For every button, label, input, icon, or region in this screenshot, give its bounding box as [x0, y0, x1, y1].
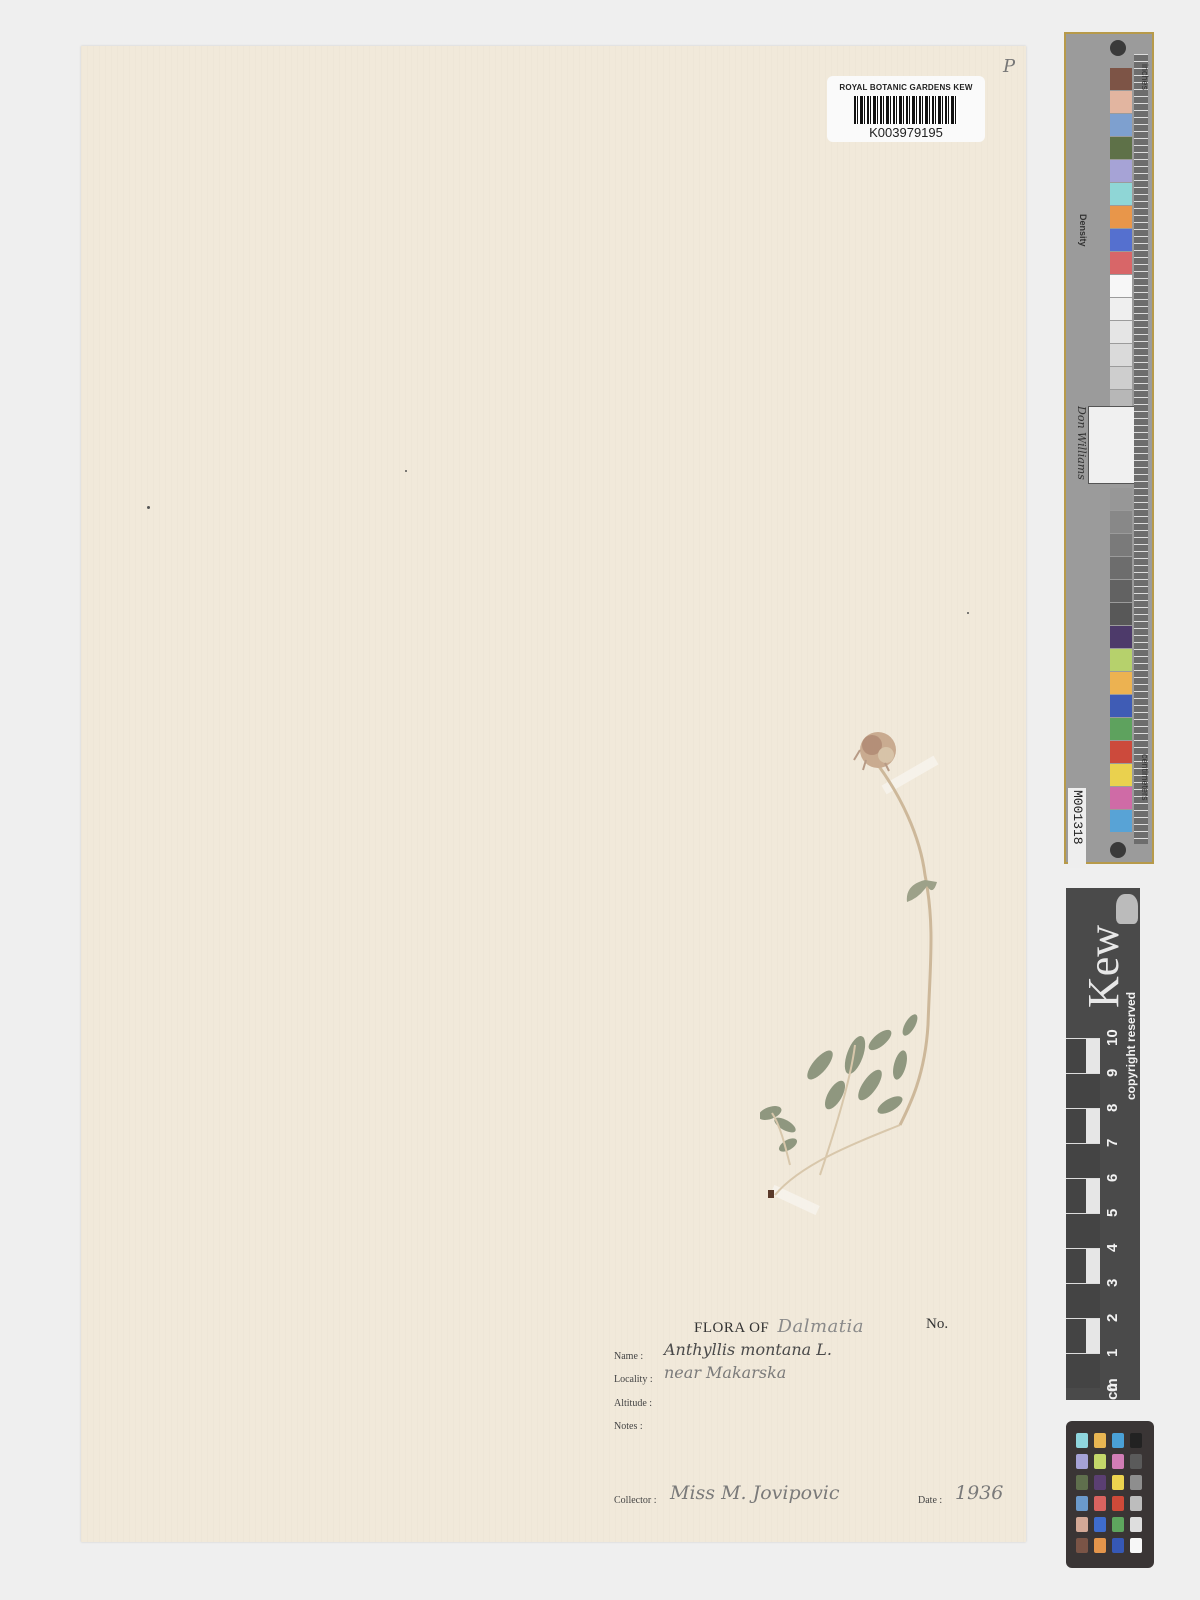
color-swatch — [1110, 741, 1132, 763]
scale-number: 6 — [1104, 1174, 1121, 1182]
scale-segment — [1066, 1143, 1100, 1178]
color-swatch — [1110, 206, 1132, 228]
barcode-icon — [854, 96, 958, 124]
heading-prefix: FLORA OF — [694, 1320, 769, 1336]
collector-field-label: Collector : — [614, 1495, 657, 1506]
scale-number: 1 — [1104, 1349, 1121, 1357]
color-swatch — [1110, 580, 1132, 602]
color-swatch — [1110, 695, 1132, 717]
color-chip — [1112, 1454, 1124, 1469]
scale-segment — [1066, 1073, 1100, 1108]
pressed-plant-specimen — [760, 725, 980, 1235]
label-heading: FLORA OF Dalmatia — [694, 1316, 864, 1337]
scale-number: 3 — [1104, 1279, 1121, 1287]
color-chip — [1094, 1433, 1106, 1448]
color-swatch — [1110, 764, 1132, 786]
color-swatch — [1110, 557, 1132, 579]
copyright-label: copyright reserved — [1124, 992, 1138, 1100]
color-chip — [1112, 1475, 1124, 1490]
scale-segment — [1066, 1318, 1100, 1353]
color-swatch — [1110, 672, 1132, 694]
color-swatch — [1110, 114, 1132, 136]
ruler-scale — [1134, 54, 1148, 844]
specimen-label: FLORA OF Dalmatia No. Name : Anthyllis m… — [610, 1310, 1010, 1530]
kew-crest-icon — [1116, 894, 1138, 924]
color-swatch — [1110, 160, 1132, 182]
color-swatch — [1110, 534, 1132, 556]
color-swatch — [1110, 511, 1132, 533]
scale-number: 8 — [1104, 1104, 1121, 1112]
color-chip — [1076, 1433, 1088, 1448]
scale-number: 4 — [1104, 1244, 1121, 1252]
color-chip — [1130, 1517, 1142, 1532]
institution-name: ROYAL BOTANIC GARDENS KEW — [827, 83, 985, 92]
color-swatch — [1110, 137, 1132, 159]
corner-mark: P — [1003, 56, 1015, 77]
color-swatch — [1110, 68, 1132, 90]
locality-field-value: near Makarska — [664, 1363, 786, 1382]
scale-segment — [1066, 1353, 1100, 1388]
color-swatch — [1110, 275, 1132, 297]
resolution-target — [1088, 406, 1136, 484]
color-swatch — [1110, 488, 1132, 510]
mount-hole — [1110, 842, 1126, 858]
scale-number: 5 — [1104, 1209, 1121, 1217]
inches-label: inches — [1140, 64, 1150, 90]
color-chip — [1094, 1454, 1106, 1469]
color-swatch — [1110, 787, 1132, 809]
barcode-number: K003979195 — [827, 125, 985, 140]
color-chip — [1094, 1517, 1106, 1532]
color-swatch — [1110, 321, 1132, 343]
color-chip — [1094, 1496, 1106, 1511]
date-field-value: 1936 — [955, 1482, 1003, 1504]
mount-hole — [1110, 40, 1126, 56]
color-chip — [1076, 1517, 1088, 1532]
color-chip — [1076, 1475, 1088, 1490]
dust-speck — [405, 470, 407, 472]
kew-scale-bar: Kew 012345678910cm copyright reserved — [1066, 888, 1140, 1400]
dust-speck — [967, 612, 969, 614]
date-field-label: Date : — [918, 1495, 942, 1506]
color-chip — [1130, 1433, 1142, 1448]
notes-field-label: Notes : — [614, 1421, 643, 1432]
number-label: No. — [926, 1316, 948, 1333]
color-chip — [1112, 1496, 1124, 1511]
color-chip — [1094, 1475, 1106, 1490]
collector-field-value: Miss M. Jovipovic — [670, 1482, 840, 1504]
altitude-field-label: Altitude : — [614, 1398, 652, 1409]
color-swatch — [1110, 183, 1132, 205]
barcode-label: ROYAL BOTANIC GARDENS KEW K003979195 — [827, 76, 985, 142]
region-handwritten: Dalmatia — [778, 1316, 864, 1337]
scale-segment — [1066, 1283, 1100, 1318]
flower-head — [854, 732, 896, 771]
color-chip — [1130, 1475, 1142, 1490]
scale-segments — [1066, 1038, 1100, 1400]
color-chip — [1094, 1538, 1106, 1553]
color-chip — [1130, 1538, 1142, 1553]
color-chip — [1076, 1538, 1088, 1553]
kew-logo: Kew — [1078, 925, 1129, 1008]
name-field-label: Name : — [614, 1351, 643, 1362]
dust-speck — [147, 506, 150, 509]
color-chip — [1076, 1496, 1088, 1511]
color-checker-card — [1066, 1421, 1154, 1568]
catalog-number-tag: M001318 — [1068, 788, 1086, 868]
color-swatch — [1110, 344, 1132, 366]
scale-segment — [1066, 1038, 1100, 1073]
color-swatch — [1110, 649, 1132, 671]
scale-unit: cm — [1104, 1378, 1121, 1400]
color-chip — [1112, 1517, 1124, 1532]
color-swatch — [1110, 626, 1132, 648]
scale-segment — [1066, 1178, 1100, 1213]
color-swatch — [1110, 229, 1132, 251]
scale-number: 10 — [1104, 1029, 1121, 1046]
color-swatch — [1110, 718, 1132, 740]
scale-segment — [1066, 1108, 1100, 1143]
density-label: Density — [1078, 214, 1088, 247]
color-swatch — [1110, 91, 1132, 113]
color-chip — [1076, 1454, 1088, 1469]
color-swatch — [1110, 367, 1132, 389]
color-swatch — [1110, 298, 1132, 320]
color-chip — [1112, 1433, 1124, 1448]
color-swatch — [1110, 603, 1132, 625]
brand-label: Don Williams — [1075, 406, 1088, 480]
color-chip — [1112, 1538, 1124, 1553]
name-field-value: Anthyllis montana L. — [664, 1340, 832, 1359]
color-chip — [1130, 1496, 1142, 1511]
color-chip — [1130, 1454, 1142, 1469]
scale-number: 9 — [1104, 1069, 1121, 1077]
scale-number: 2 — [1104, 1314, 1121, 1322]
scale-segment — [1066, 1213, 1100, 1248]
centimeters-label: centimeters — [1140, 754, 1150, 801]
scale-segment — [1066, 1248, 1100, 1283]
color-swatch — [1110, 252, 1132, 274]
color-calibration-strip: inches centimeters Density Don Williams … — [1064, 32, 1154, 864]
locality-field-label: Locality : — [614, 1374, 653, 1385]
color-swatch — [1110, 810, 1132, 832]
scale-number: 7 — [1104, 1139, 1121, 1147]
